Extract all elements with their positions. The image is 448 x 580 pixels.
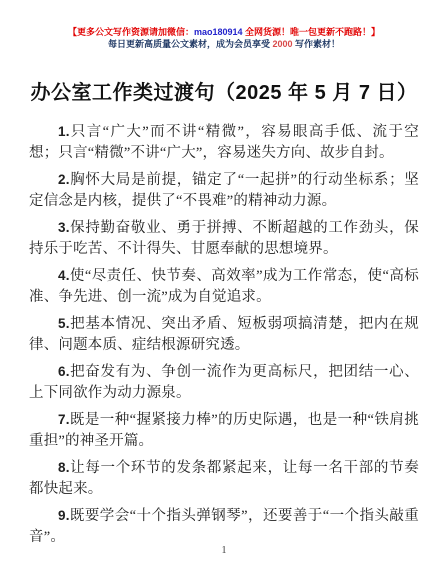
- paragraph-text: 保持勤奋敬业、勇于拼搏、不断超越的工作劲头，保持乐于吃苦、不计得失、甘愿奉献的思…: [29, 220, 419, 257]
- paragraph: 9.既要学会“十个指头弹钢琴”，还要善于“一个指头敲重音”。: [29, 505, 419, 548]
- header-ad-line1: 【更多公文写作资源请加微信：mao180914 全网货源！唯一包更新不跑路！】: [29, 26, 419, 38]
- ad-line1-suffix: 全网货源！唯一包更新不跑路！】: [243, 27, 381, 37]
- paragraph: 8.让每一个环节的发条都紧起来，让每一名干部的节奏都快起来。: [29, 457, 419, 500]
- paragraph-text: 只言“广大”而不讲“精微”，容易眼高手低、流于空想；只言“精微”不讲“广大”，容…: [29, 124, 419, 161]
- ad-line1-prefix: 【更多公文写作资源请加微信：: [68, 27, 194, 37]
- header-ad: 【更多公文写作资源请加微信：mao180914 全网货源！唯一包更新不跑路！】 …: [29, 26, 419, 50]
- paragraph: 7.既是一种“握紧接力棒”的历史际遇，也是一种“铁肩挑重担”的神圣开篇。: [29, 409, 419, 452]
- wechat-id: mao180914: [194, 27, 243, 37]
- paragraph: 2.胸怀大局是前提，锚定了“一起拼”的行动坐标系；坚定信念是内核，提供了“不畏难…: [29, 169, 419, 212]
- paragraph-text: 既要学会“十个指头弹钢琴”，还要善于“一个指头敲重音”。: [29, 508, 419, 545]
- header-ad-line2: 每日更新高质量公文素材，成为会员享受 2000 写作素材！: [29, 38, 419, 50]
- page-title: 办公室工作类过渡句（2025 年 5 月 7 日）: [29, 81, 419, 105]
- paragraph: 1.只言“广大”而不讲“精微”，容易眼高手低、流于空想；只言“精微”不讲“广大”…: [29, 121, 419, 164]
- paragraph: 3.保持勤奋敬业、勇于拼搏、不断超越的工作劲头，保持乐于吃苦、不计得失、甘愿奉献…: [29, 217, 419, 260]
- paragraph-text: 胸怀大局是前提，锚定了“一起拼”的行动坐标系；坚定信念是内核，提供了“不畏难”的…: [29, 172, 419, 209]
- paragraph-text: 使“尽责任、快节奏、高效率”成为工作常态，使“高标准、争先进、创一流”成为自觉追…: [29, 268, 419, 305]
- paragraph-list: 1.只言“广大”而不讲“精微”，容易眼高手低、流于空想；只言“精微”不讲“广大”…: [29, 121, 419, 548]
- paragraph-number: 6.: [58, 364, 70, 379]
- paragraph-number: 9.: [58, 508, 70, 523]
- paragraph: 6.把奋发有为、争创一流作为更高标尺，把团结一心、上下同欲作为动力源泉。: [29, 361, 419, 404]
- paragraph-number: 5.: [58, 316, 70, 331]
- paragraph: 4.使“尽责任、快节奏、高效率”成为工作常态，使“高标准、争先进、创一流”成为自…: [29, 265, 419, 308]
- paragraph-number: 1.: [58, 124, 70, 139]
- paragraph-number: 3.: [58, 220, 70, 235]
- ad-line2-suffix: 写作素材！: [293, 39, 341, 49]
- paragraph-number: 8.: [58, 460, 70, 475]
- paragraph: 5.把基本情况、突出矛盾、短板弱项搞清楚，把内在规律、问题本质、症结根源研究透。: [29, 313, 419, 356]
- paragraph-number: 4.: [58, 268, 70, 283]
- page-number: 1: [0, 545, 448, 556]
- ad-line2-prefix: 每日更新高质量公文素材，成为会员享受: [108, 39, 273, 49]
- paragraph-number: 2.: [58, 172, 70, 187]
- paragraph-text: 既是一种“握紧接力棒”的历史际遇，也是一种“铁肩挑重担”的神圣开篇。: [29, 412, 419, 449]
- paragraph-text: 把奋发有为、争创一流作为更高标尺，把团结一心、上下同欲作为动力源泉。: [29, 364, 419, 401]
- material-count: 2000: [272, 39, 292, 49]
- paragraph-text: 让每一个环节的发条都紧起来，让每一名干部的节奏都快起来。: [29, 460, 419, 497]
- paragraph-text: 把基本情况、突出矛盾、短板弱项搞清楚，把内在规律、问题本质、症结根源研究透。: [29, 316, 419, 353]
- document-page: 【更多公文写作资源请加微信：mao180914 全网货源！唯一包更新不跑路！】 …: [0, 0, 448, 580]
- paragraph-number: 7.: [58, 412, 70, 427]
